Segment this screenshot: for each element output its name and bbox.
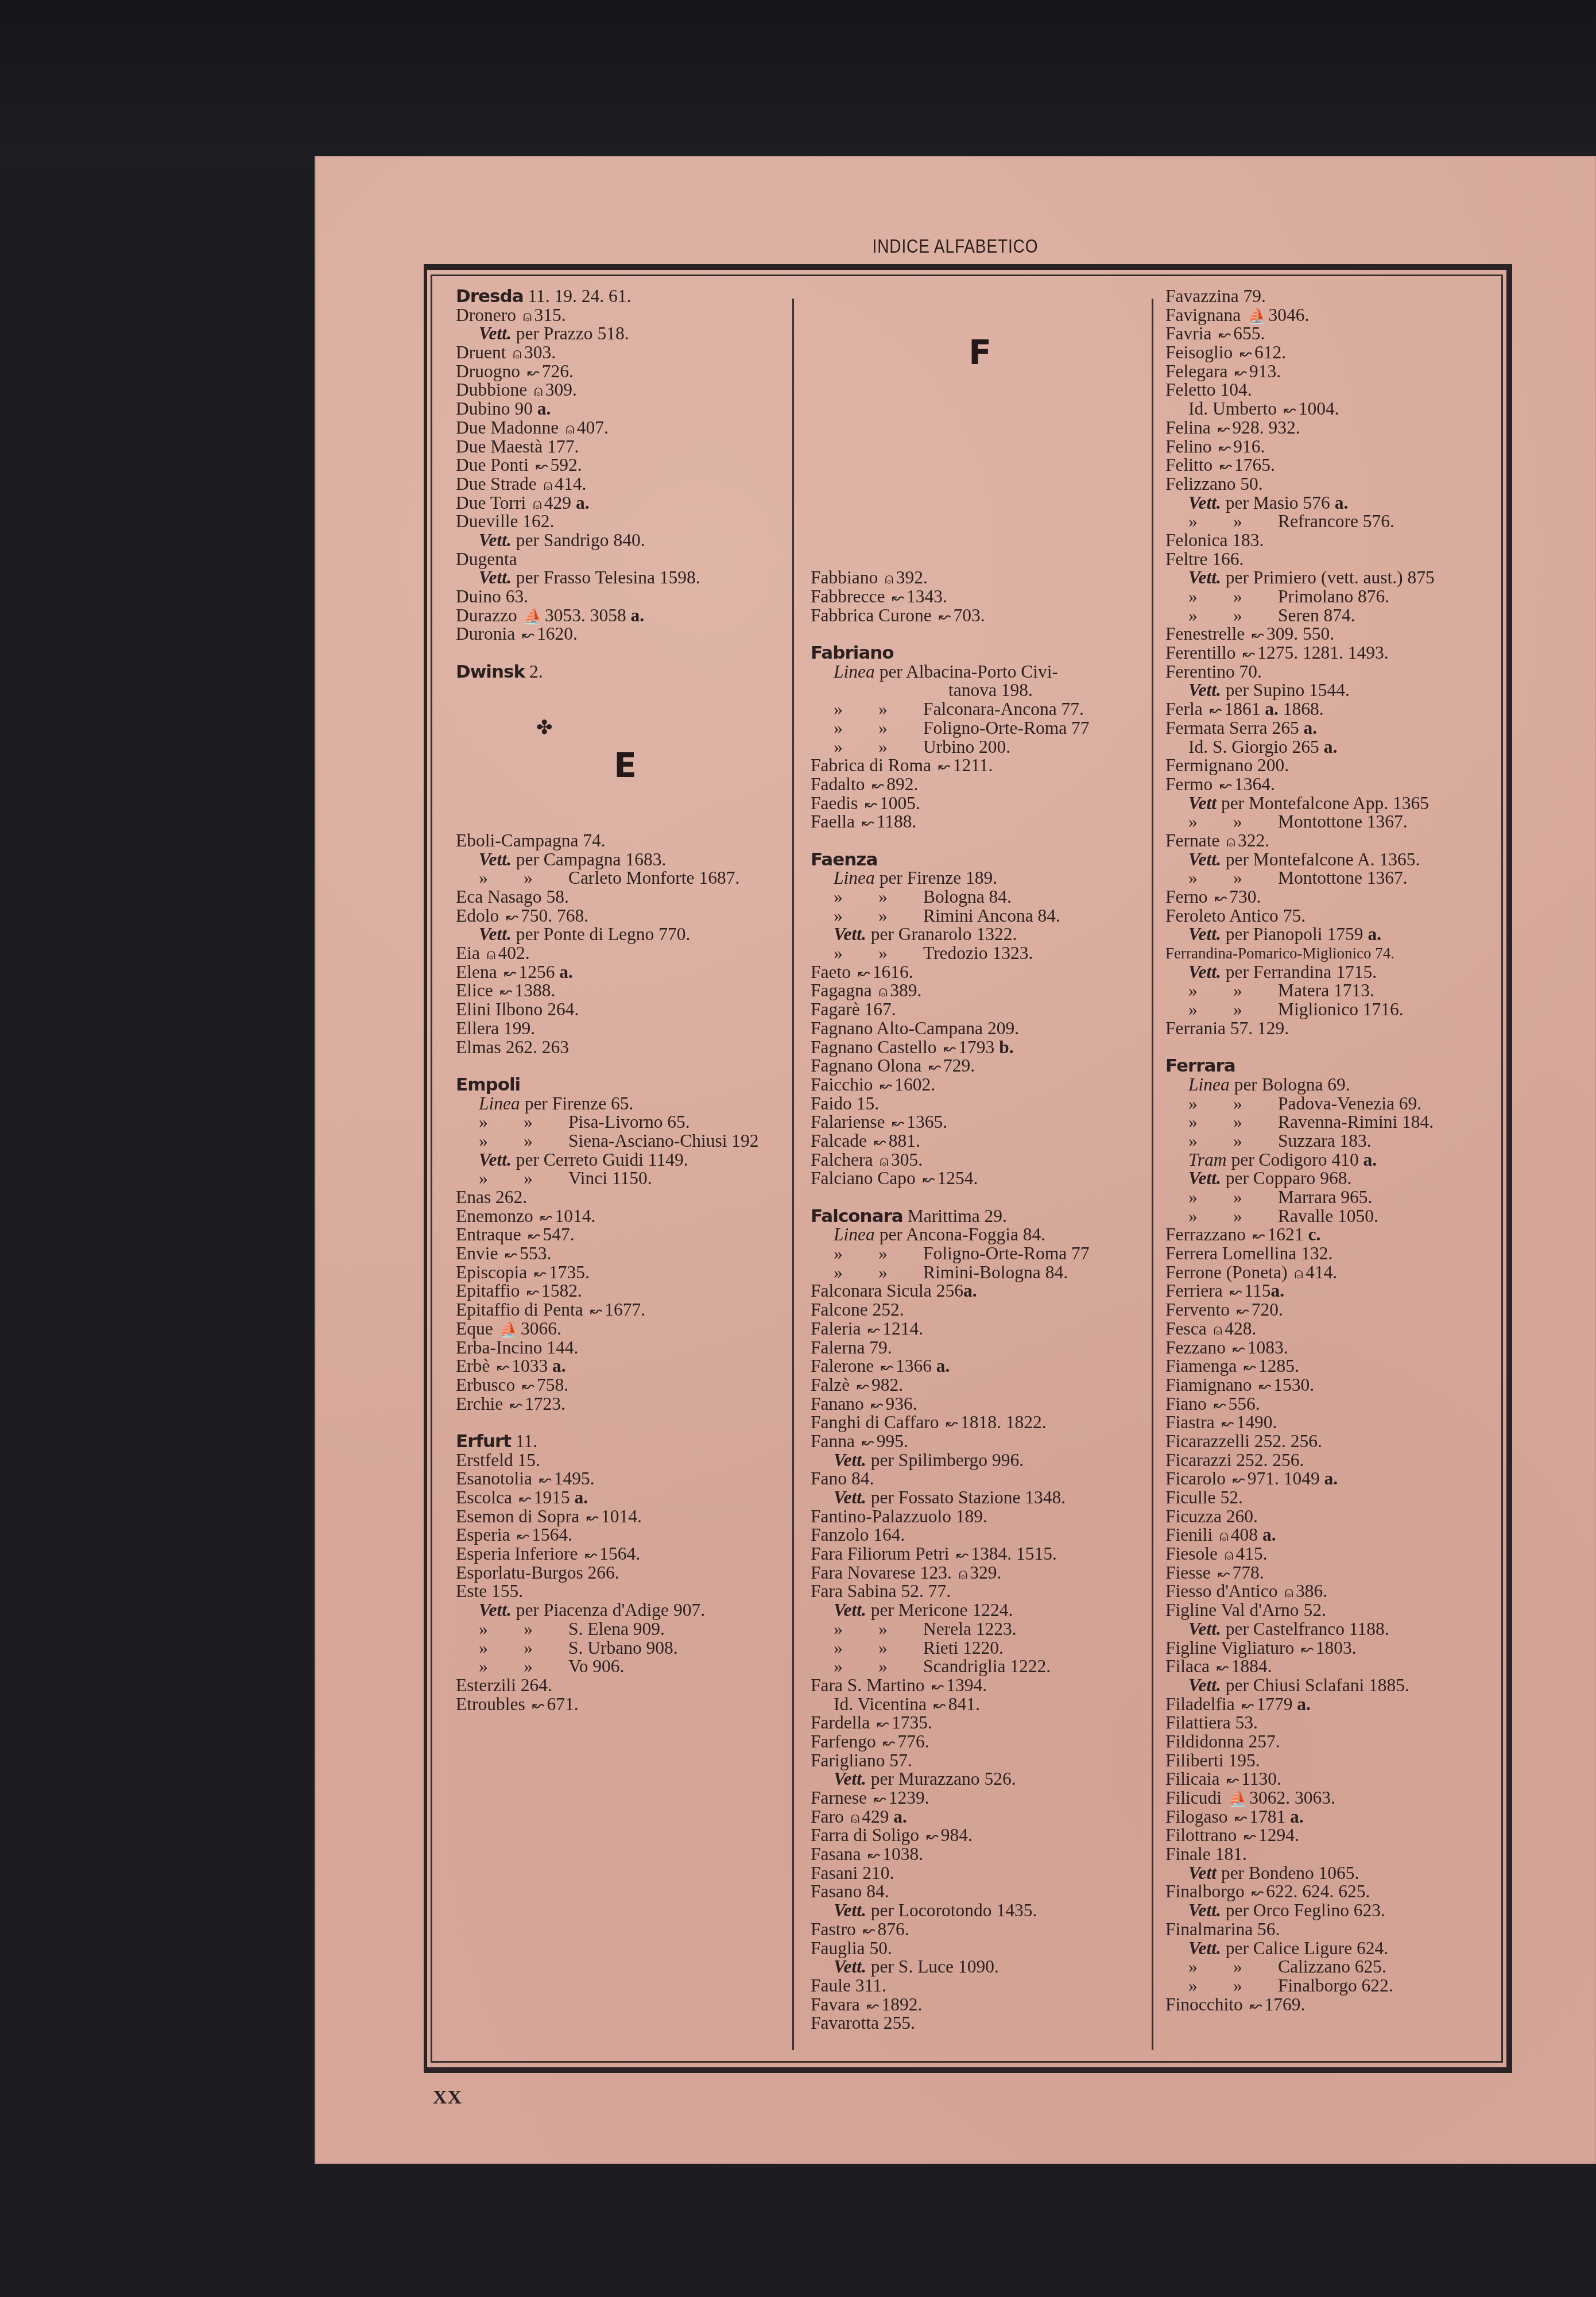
- place-name: Ferno: [1165, 887, 1212, 907]
- subentry-text: per Spilimbergo 996.: [866, 1450, 1024, 1470]
- index-entry: Felegara ↜913.: [1165, 362, 1498, 381]
- subentry-text: per Prazzo 518.: [512, 323, 629, 343]
- index-entry: Elice ↜1388.: [456, 981, 795, 1000]
- index-heading: Dresda 11. 19. 24. 61.: [456, 287, 795, 306]
- index-ditto-subentry: »»Montottone 1367.: [1165, 813, 1498, 832]
- page-refs: 1239.: [889, 1788, 929, 1808]
- place-name: Falcone: [811, 1300, 873, 1320]
- index-entry: Fadalto ↜892.: [811, 775, 1149, 794]
- page-refs: 1868.: [1279, 699, 1324, 719]
- index-subentry: Vett. per Montefalcone A. 1365.: [1165, 850, 1498, 869]
- index-entry: Faeto ↜1616.: [811, 963, 1149, 982]
- place-name: Epitaffio di Penta: [456, 1300, 588, 1320]
- place-name: Escolca: [456, 1487, 517, 1507]
- page-suffix: a.: [1324, 1468, 1338, 1488]
- page-refs: 1723.: [525, 1394, 565, 1414]
- subentry-text: per Ferrandina 1715.: [1221, 962, 1377, 982]
- index-entry: Fermignano 200.: [1165, 756, 1498, 775]
- index-entry: Fabrica di Roma ↜1211.: [811, 756, 1149, 775]
- ditto-mark: »: [878, 907, 923, 926]
- ditto-mark: »: [1188, 869, 1233, 888]
- route-type-label: Vett.: [479, 1150, 512, 1170]
- place-name: Faella: [811, 811, 859, 832]
- index-entry: Farigliano 57.: [811, 1751, 1149, 1770]
- place-name: Eia: [456, 943, 485, 963]
- place-name: Duino: [456, 586, 506, 606]
- index-ditto-subentry: »»Calizzano 625.: [1165, 1958, 1498, 1977]
- page-refs: 402.: [498, 943, 529, 963]
- place-name: Felino: [1165, 436, 1216, 457]
- ditto-mark: »: [834, 944, 878, 963]
- index-entry: Due Maestà 177.: [456, 438, 795, 457]
- index-entry: Ferentillo ↜1275. 1281. 1493.: [1165, 644, 1498, 663]
- page-refs: 556.: [1228, 1394, 1260, 1414]
- index-ditto-subentry: »»Urbino 200.: [811, 738, 1149, 757]
- index-entry: Erbè ↜1033 a.: [456, 1357, 795, 1376]
- place-name: Fenestrelle: [1165, 624, 1249, 644]
- place-name: Falchera: [811, 1150, 877, 1170]
- page-refs: 1394.: [946, 1675, 987, 1695]
- route-type-label: Vett.: [1188, 1675, 1221, 1695]
- page-refs: 720.: [1252, 1300, 1283, 1320]
- index-entry: Duino 63.: [456, 587, 795, 606]
- index-entry: Fermata Serra 265 a.: [1165, 719, 1498, 738]
- heading-city-name: Erfurt: [456, 1431, 511, 1452]
- spacer: [811, 438, 1149, 457]
- place-name: Ferrania: [1165, 1018, 1230, 1038]
- place-name: Esemon di Sopra: [456, 1506, 584, 1526]
- index-entry: Ferrania 57. 129.: [1165, 1019, 1498, 1038]
- place-name: Fesca: [1165, 1318, 1211, 1339]
- ditto-mark: »: [1188, 1113, 1233, 1132]
- spacer: [456, 681, 795, 700]
- place-name: Fiamenga: [1165, 1356, 1241, 1376]
- place-name: Entraque: [456, 1224, 526, 1244]
- subentry-text: Carleto Monforte 1687.: [568, 868, 739, 888]
- place-name: Erchie: [456, 1394, 508, 1414]
- index-entry: Fabbiano ⍝392.: [811, 569, 1149, 587]
- place-name: Filicudi: [1165, 1788, 1226, 1808]
- place-name: Faeto: [811, 962, 855, 982]
- index-entry: Fagarè 167.: [811, 1000, 1149, 1019]
- place-name: Envie: [456, 1243, 502, 1263]
- route-type-label: Vett.: [834, 1450, 866, 1470]
- ditto-mark: »: [834, 1639, 878, 1658]
- ditto-mark: »: [834, 719, 878, 738]
- route-type-label: Vett: [1188, 793, 1217, 813]
- subentry-text: per Pianopoli 1759: [1221, 924, 1368, 944]
- page-refs: 1884.: [1231, 1656, 1272, 1676]
- index-entry: Faleria ↜1214.: [811, 1320, 1149, 1339]
- place-name: Faedis: [811, 793, 862, 813]
- page-refs: 329.: [970, 1563, 1001, 1583]
- coach-horn-icon: ↜: [1226, 1771, 1239, 1790]
- place-name: Falerna: [811, 1337, 869, 1358]
- index-subentry: Linea per Albacina-Porto Civi-: [811, 663, 1149, 682]
- page-refs: 776.: [897, 1731, 929, 1751]
- subentry-text: per Murazzano 526.: [866, 1769, 1016, 1789]
- index-ditto-subentry: »»Pisa-Livorno 65.: [456, 1113, 795, 1132]
- ditto-mark: »: [834, 888, 878, 907]
- index-entry: Esporlatu-Burgos 266.: [456, 1564, 795, 1583]
- index-subentry: Vett. per Copparo 968.: [1165, 1169, 1498, 1188]
- heading-pages: 2.: [525, 662, 543, 682]
- place-name: Elena: [456, 962, 502, 982]
- index-entry: Erstfeld 15.: [456, 1451, 795, 1470]
- place-name: Druogno: [456, 361, 525, 381]
- coach-horn-icon: ↜: [939, 608, 951, 627]
- ditto-mark: »: [1233, 1113, 1278, 1132]
- index-entry: Druogno ↜726.: [456, 362, 795, 381]
- index-subentry: Vett. per Pianopoli 1759 a.: [1165, 925, 1498, 944]
- index-entry: Filicudi ⛵3062. 3063.: [1165, 1789, 1498, 1808]
- page-refs: 1014.: [601, 1506, 642, 1526]
- index-ditto-subentry: »»S. Elena 909.: [456, 1620, 795, 1639]
- heading-city-name: Dwinsk: [456, 662, 525, 682]
- station-bell-icon: ⍝: [959, 1565, 968, 1584]
- page-refs: 729.: [943, 1055, 975, 1076]
- place-name: Filogaso: [1165, 1807, 1232, 1827]
- index-subentry: Tram per Codigoro 410 a.: [1165, 1151, 1498, 1170]
- index-entry: Falzè ↜982.: [811, 1376, 1149, 1395]
- route-type-label: Vett.: [479, 567, 512, 587]
- subentry-text: Siena-Asciano-Chiusi 192: [568, 1131, 759, 1151]
- place-name: Fauglia: [811, 1938, 869, 1958]
- page-refs: 200.: [1257, 755, 1289, 775]
- index-entry: Farra di Soligo ↜984.: [811, 1826, 1149, 1845]
- ditto-mark: »: [878, 719, 923, 738]
- index-subentry: Vett. per Prazzo 518.: [456, 324, 795, 343]
- index-ditto-subentry: »»Falconara-Ancona 77.: [811, 700, 1149, 719]
- ditto-mark: »: [1188, 981, 1233, 1000]
- ditto-mark: »: [1188, 1188, 1233, 1207]
- page-refs: 58.: [546, 887, 568, 907]
- index-entry: Fara Sabina 52. 77.: [811, 1582, 1149, 1601]
- place-name: Falzè: [811, 1375, 854, 1395]
- page-refs: 15.: [857, 1093, 879, 1113]
- index-entry: Fara Filiorum Petri ↜1384. 1515.: [811, 1545, 1149, 1564]
- page-refs: 57.: [889, 1750, 912, 1770]
- index-entry: Filogaso ↜1781 a.: [1165, 1808, 1498, 1827]
- index-entry: Ficarolo ↜971. 1049 a.: [1165, 1470, 1498, 1488]
- place-name: Fasani: [811, 1863, 862, 1883]
- ditto-mark: »: [524, 1113, 568, 1132]
- index-subentry: Vett. per Castelfranco 1188.: [1165, 1620, 1498, 1639]
- page-refs: 778.: [1232, 1563, 1264, 1583]
- ditto-mark: »: [1233, 813, 1278, 832]
- page-refs: 305.: [891, 1150, 923, 1170]
- page-refs: 414.: [1306, 1262, 1337, 1282]
- page-refs: 1564.: [599, 1544, 640, 1564]
- subentry-text: S. Elena 909.: [568, 1619, 665, 1639]
- subentry-text: per Firenze 189.: [875, 868, 997, 888]
- coach-horn-icon: ↜: [923, 1170, 935, 1189]
- index-subentry: Vett. per Supino 1544.: [1165, 681, 1498, 700]
- page-suffix: a.: [552, 1356, 566, 1376]
- heading-pages: 11.: [511, 1431, 537, 1451]
- subentry-text: Rimini Ancona 84.: [923, 906, 1060, 926]
- index-entry: Esemon di Sopra ↜1014.: [456, 1507, 795, 1526]
- index-entry: Esanotolia ↜1495.: [456, 1470, 795, 1488]
- page-suffix: a.: [1290, 1807, 1304, 1827]
- subentry-text: per Locorotondo 1435.: [866, 1900, 1037, 1920]
- page-refs: 1388.: [514, 980, 555, 1000]
- index-heading: Faenza: [811, 850, 1149, 869]
- index-entry: Feroleto Antico 75.: [1165, 907, 1498, 926]
- index-entry: Fenestrelle ↜309. 550.: [1165, 625, 1498, 644]
- place-name: Fagnano Olona: [811, 1055, 926, 1076]
- index-entry: Etroubles ↜671.: [456, 1695, 795, 1714]
- index-subentry: Vett. per Spilimbergo 996.: [811, 1451, 1149, 1470]
- index-entry: Due Strade ⍝414.: [456, 475, 795, 494]
- page-refs: 1285.: [1258, 1356, 1299, 1376]
- subentry-text: Suzzara 183.: [1278, 1131, 1372, 1151]
- place-name: Esterzili: [456, 1675, 521, 1695]
- coach-horn-icon: ↜: [1218, 439, 1231, 458]
- index-ditto-subentry: »»Tredozio 1323.: [811, 944, 1149, 963]
- index-entry: Falciano Capo ↜1254.: [811, 1169, 1149, 1188]
- place-name: Fermo: [1165, 774, 1217, 794]
- route-type-label: Vett.: [1188, 567, 1221, 587]
- ditto-mark: »: [1188, 587, 1233, 606]
- coach-horn-icon: ↜: [933, 1696, 946, 1715]
- place-name: Faleria: [811, 1318, 865, 1339]
- place-name: Esperia: [456, 1525, 514, 1545]
- index-entry: Farnese ↜1239.: [811, 1789, 1149, 1808]
- index-entry: Elmas 262. 263: [456, 1038, 795, 1057]
- subentry-text: per Firenze 65.: [520, 1093, 634, 1113]
- index-entry: Epitaffio di Penta ↜1677.: [456, 1301, 795, 1320]
- ditto-mark: »: [834, 1263, 878, 1282]
- ditto-mark: »: [834, 738, 878, 757]
- route-type-label: Linea: [834, 868, 875, 888]
- place-name: Fadalto: [811, 774, 869, 794]
- ditto-mark: »: [1188, 1132, 1233, 1151]
- spacer: [811, 475, 1149, 494]
- page-refs: 1365.: [907, 1112, 947, 1132]
- place-name: Fastro: [811, 1919, 861, 1939]
- index-entry: Favara ↜1892.: [811, 1996, 1149, 2014]
- place-name: Fagarè: [811, 999, 865, 1019]
- page-refs: 252.: [873, 1300, 904, 1320]
- place-name: Ferla: [1165, 699, 1207, 719]
- coach-horn-icon: ↜: [862, 814, 874, 833]
- place-name: Eca Nasago: [456, 887, 546, 907]
- index-ditto-subentry: »»Rieti 1220.: [811, 1639, 1149, 1658]
- place-name: Etroubles: [456, 1694, 530, 1714]
- page-suffix: a.: [1335, 493, 1349, 513]
- page-refs: 1214.: [882, 1318, 923, 1339]
- index-entry: Fienili ⍝408 a.: [1165, 1526, 1498, 1545]
- page-refs: 209.: [987, 1018, 1019, 1038]
- page-refs: 183.: [1232, 530, 1264, 550]
- subentry-text: per Montefalcone A. 1365.: [1221, 849, 1420, 869]
- index-heading: Fabriano: [811, 644, 1149, 663]
- ditto-mark: »: [1233, 869, 1278, 888]
- route-type-label: Vett.: [834, 1900, 866, 1920]
- place-name: Ficarazzi: [1165, 1450, 1236, 1470]
- page-refs: 15.: [518, 1450, 540, 1470]
- page-refs: 429: [862, 1807, 893, 1827]
- page-suffix: a.: [1265, 699, 1279, 719]
- place-name: Ferentino: [1165, 662, 1239, 682]
- index-frame: Dresda 11. 19. 24. 61.Dronero ⍝315.Vett.…: [424, 264, 1512, 2073]
- coach-horn-icon: ↜: [931, 1677, 944, 1696]
- page-refs: 210.: [862, 1863, 894, 1883]
- place-name: Fermignano: [1165, 755, 1257, 775]
- index-ditto-subentry: »»Bologna 84.: [811, 888, 1149, 907]
- place-name: Fantino-Palazzuolo: [811, 1506, 956, 1526]
- page-refs: 1793: [958, 1037, 999, 1057]
- index-entry: Enas 262.: [456, 1188, 795, 1207]
- index-entry: Fiano ↜556.: [1165, 1395, 1498, 1414]
- page-refs: 164.: [873, 1525, 905, 1545]
- heading-city-name: Fabriano: [811, 643, 894, 663]
- subentry-text: per Ponte di Legno 770.: [512, 924, 690, 944]
- page-refs: 1005.: [880, 793, 920, 813]
- subentry-text: per Bologna 69.: [1230, 1074, 1350, 1095]
- index-ditto-subentry: »»Foligno-Orte-Roma 77: [811, 1244, 1149, 1263]
- page-refs: 256: [936, 1281, 963, 1301]
- station-bell-icon: ⍝: [1294, 1264, 1303, 1283]
- ditto-mark: »: [524, 1169, 568, 1188]
- place-name: Esperia Inferiore: [456, 1544, 582, 1564]
- ditto-mark: »: [524, 1132, 568, 1151]
- route-type-label: Vett.: [834, 924, 866, 944]
- index-subentry: Vett. per Murazzano 526.: [811, 1770, 1149, 1789]
- place-name: Fasano: [811, 1881, 866, 1901]
- index-subentry: Vett. per Masio 576 a.: [1165, 494, 1498, 513]
- heading-city-name: Empoli: [456, 1074, 520, 1095]
- index-entry: Feisoglio ↜612.: [1165, 343, 1498, 362]
- page-refs: 3066.: [521, 1318, 561, 1339]
- place-name: Farfengo: [811, 1731, 881, 1751]
- subentry-text: Finalborgo 622.: [1278, 1975, 1393, 1996]
- subentry-text: per Granarolo 1322.: [866, 924, 1017, 944]
- page-refs: 155.: [491, 1581, 523, 1601]
- index-entry: Fiamignano ↜1530.: [1165, 1376, 1498, 1395]
- index-ditto-subentry: »»Finalborgo 622.: [1165, 1977, 1498, 1996]
- page-refs: 1781: [1249, 1807, 1290, 1827]
- route-type-label: Vett.: [1188, 1619, 1221, 1639]
- route-type-label: Vett.: [479, 849, 512, 869]
- place-name: Fanghi di Caffaro: [811, 1412, 943, 1432]
- index-subentry: Vett. per Sandrigo 840.: [456, 531, 795, 550]
- index-subentry: Linea per Firenze 65.: [456, 1095, 795, 1113]
- heading-city-name: Ferrara: [1165, 1055, 1235, 1076]
- ditto-mark: »: [1233, 1188, 1278, 1207]
- index-entry: Favignana ⛵3046.: [1165, 306, 1498, 325]
- page-refs: 415.: [1235, 1544, 1267, 1564]
- place-name: Fagnano Castello: [811, 1037, 941, 1057]
- index-entry: Eca Nasago 58.: [456, 888, 795, 907]
- page-refs: 1495.: [554, 1468, 595, 1488]
- place-name: Enemonzo: [456, 1206, 538, 1226]
- place-name: Erbusco: [456, 1375, 520, 1395]
- index-entry: Faella ↜1188.: [811, 813, 1149, 832]
- place-name: Fermata Serra: [1165, 718, 1272, 738]
- index-entry: Ferrazzano ↜1621 c.: [1165, 1225, 1498, 1244]
- index-entry: Fasani 210.: [811, 1864, 1149, 1883]
- subentry-text: Vinci 1150.: [568, 1168, 652, 1188]
- route-type-label: Vett.: [834, 1600, 866, 1620]
- ditto-mark: »: [1233, 1132, 1278, 1151]
- coach-horn-icon: ↜: [586, 1509, 599, 1528]
- index-entry: Feletto 104.: [1165, 381, 1498, 400]
- subentry-text: Ravalle 1050.: [1278, 1206, 1378, 1226]
- spacer: [811, 494, 1149, 513]
- ditto-mark: »: [524, 1657, 568, 1676]
- place-name: Duronia: [456, 624, 520, 644]
- spacer: [811, 456, 1149, 475]
- page-suffix: a.: [576, 493, 590, 513]
- ditto-mark: »: [834, 1657, 878, 1676]
- index-subentry: Linea per Firenze 189.: [811, 869, 1149, 888]
- page-refs: 52.: [1220, 1487, 1242, 1507]
- place-name: Feroleto Antico: [1165, 906, 1283, 926]
- page-refs: 3062. 3063.: [1249, 1788, 1335, 1808]
- index-entry: Fara S. Martino ↜1394.: [811, 1676, 1149, 1695]
- index-entry: Esperia ↜1564.: [456, 1526, 795, 1545]
- page-refs: 74.: [583, 830, 605, 850]
- spacer: [811, 400, 1149, 419]
- place-name: Favazzina: [1165, 286, 1244, 306]
- subentry-text: per Copparo 968.: [1221, 1168, 1351, 1188]
- index-subentry: Vett. per Mericone 1224.: [811, 1601, 1149, 1620]
- route-type-label: Vett.: [1188, 493, 1221, 513]
- ditto-mark: »: [1188, 1977, 1233, 1996]
- page-suffix: a.: [575, 1487, 588, 1507]
- page-refs: 928. 932.: [1232, 417, 1300, 438]
- page-suffix: a.: [1304, 718, 1318, 738]
- page-suffix: a.: [1262, 1525, 1276, 1545]
- place-name: Falariense: [811, 1112, 889, 1132]
- index-entry: Filadelfia ↜1779 a.: [1165, 1695, 1498, 1714]
- page-suffix: a.: [936, 1356, 950, 1376]
- place-name: Feletto: [1165, 380, 1220, 400]
- subentry-text: per Bondeno 1065.: [1217, 1863, 1359, 1883]
- subentry-text: per Sandrigo 840.: [512, 530, 645, 550]
- place-name: Filattiera: [1165, 1712, 1235, 1733]
- ditto-mark: »: [834, 1620, 878, 1639]
- index-entry: Esperia Inferiore ↜1564.: [456, 1545, 795, 1564]
- place-name: Fabbiano: [811, 567, 882, 587]
- index-entry: Due Ponti ↜592.: [456, 456, 795, 475]
- page-refs: 612.: [1254, 342, 1286, 362]
- coach-horn-icon: ↜: [1258, 1377, 1271, 1396]
- subentry-text: per Frasso Telesina 1598.: [512, 567, 700, 587]
- index-entry: Felino ↜916.: [1165, 438, 1498, 457]
- index-entry: Fastro ↜876.: [811, 1920, 1149, 1939]
- subentry-text: per Orco Feglino 623.: [1221, 1900, 1385, 1920]
- subentry-text: Pisa-Livorno 65.: [568, 1112, 690, 1132]
- place-name: Falconara Sicula: [811, 1281, 936, 1301]
- index-entry: Episcopia ↜1735.: [456, 1263, 795, 1282]
- index-entry: Fanghi di Caffaro ↜1818. 1822.: [811, 1413, 1149, 1432]
- route-type-label: Vett.: [1188, 962, 1221, 982]
- index-entry: Fauglia 50.: [811, 1939, 1149, 1958]
- index-ditto-subentry: »»Miglionico 1716.: [1165, 1000, 1498, 1019]
- index-idem-entry: Id. Vicentina ↜841.: [811, 1695, 1149, 1714]
- subentry-text: Scandriglia 1222.: [923, 1656, 1051, 1676]
- page-refs: 1490.: [1236, 1412, 1277, 1432]
- spacer: [811, 287, 1149, 306]
- index-entry: Ferrandina-Pomarico-Miglionico 74.: [1165, 944, 1498, 963]
- page-refs: 264.: [547, 999, 579, 1019]
- index-entry: Favazzina 79.: [1165, 287, 1498, 306]
- index-subentry: Vett. per Granarolo 1322.: [811, 925, 1149, 944]
- route-type-label: Vett.: [834, 1956, 866, 1977]
